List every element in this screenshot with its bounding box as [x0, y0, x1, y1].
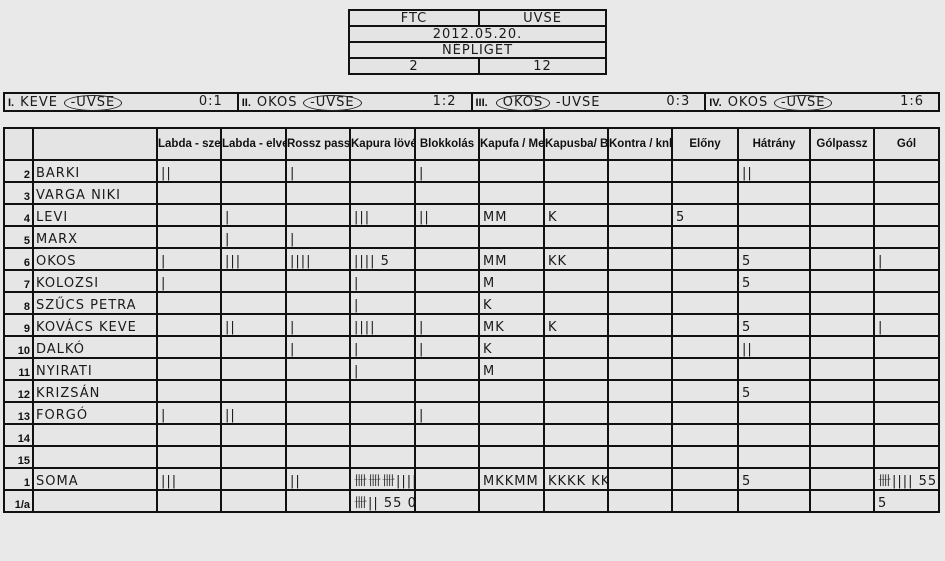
stat-cell-golpassz — [810, 490, 874, 512]
column-header-eloeny: Előny — [672, 128, 738, 160]
stat-cell-eloeny — [672, 314, 738, 336]
stat-cell-kapura-loves: | — [350, 270, 415, 292]
stat-cell-kontra-knkh — [608, 314, 672, 336]
stat-cell-rossz-passz — [286, 446, 350, 468]
stat-cell-eloeny — [672, 336, 738, 358]
stat-cell-kontra-knkh — [608, 402, 672, 424]
row-number: 4 — [4, 204, 33, 226]
stat-cell-labda-elvesztes — [221, 468, 286, 490]
stat-cell-eloeny — [672, 490, 738, 512]
stat-cell-kontra-knkh — [608, 204, 672, 226]
period-number: III. — [476, 97, 488, 109]
stat-cell-kapura-loves: 卌|| 55 05 5 — [350, 490, 415, 512]
stat-cell-blokkolas — [415, 424, 479, 446]
stat-cell-labda-elvesztes — [221, 490, 286, 512]
stat-cell-kontra-knkh — [608, 226, 672, 248]
period-opponent: -UVSE — [774, 95, 833, 111]
stat-cell-hatrany — [738, 226, 810, 248]
period-number: II. — [242, 97, 251, 109]
stat-cell-hatrany — [738, 402, 810, 424]
stat-cell-blokkolas — [415, 380, 479, 402]
stat-cell-kontra-knkh — [608, 490, 672, 512]
period-score: 0:1 — [199, 94, 223, 110]
stat-cell-kapufa-melle: K — [479, 292, 544, 314]
stat-cell-golpassz — [810, 270, 874, 292]
row-number: 1 — [4, 468, 33, 490]
stat-cell-golpassz — [810, 292, 874, 314]
period-goalkeeper: OKOS — [257, 95, 298, 110]
stat-cell-kapufa-melle — [479, 424, 544, 446]
stat-cell-kapura-loves: | — [350, 292, 415, 314]
period-goalkeeper: OKOS — [728, 95, 769, 110]
column-header-kontra-knkh: Kontra / knkh — [608, 128, 672, 160]
home-team: FTC — [350, 11, 480, 25]
stat-cell-labda-szerzes — [157, 226, 221, 248]
table-row: 12KRIZSÁN5 — [4, 380, 939, 402]
column-header-blokkolas: Blokkolás — [415, 128, 479, 160]
stat-cell-golpassz — [810, 160, 874, 182]
stat-cell-labda-szerzes — [157, 292, 221, 314]
player-name — [33, 490, 157, 512]
stat-cell-labda-elvesztes — [221, 182, 286, 204]
stat-cell-kapufa-melle: M — [479, 270, 544, 292]
stat-cell-gol — [874, 204, 939, 226]
period-opponent: -UVSE — [556, 95, 601, 110]
stat-cell-kapusba-blokkba — [544, 402, 608, 424]
stat-cell-kapufa-melle: MK — [479, 314, 544, 336]
stat-cell-blokkolas — [415, 446, 479, 468]
stat-cell-blokkolas — [415, 358, 479, 380]
column-header-hatrany: Hátrány — [738, 128, 810, 160]
stat-cell-labda-elvesztes — [221, 380, 286, 402]
stat-cell-kontra-knkh — [608, 270, 672, 292]
stat-cell-rossz-passz: | — [286, 336, 350, 358]
row-number: 15 — [4, 446, 33, 468]
stat-cell-rossz-passz — [286, 490, 350, 512]
stat-cell-blokkolas: || — [415, 204, 479, 226]
stat-cell-kontra-knkh — [608, 380, 672, 402]
column-header-kapufa-melle: Kapufa / Mellé — [479, 128, 544, 160]
stat-cell-golpassz — [810, 336, 874, 358]
stat-cell-kapufa-melle — [479, 446, 544, 468]
row-number: 8 — [4, 292, 33, 314]
column-header-golpassz: Gólpassz — [810, 128, 874, 160]
stat-cell-gol — [874, 336, 939, 358]
player-name: DALKÓ — [33, 336, 157, 358]
stat-cell-labda-elvesztes — [221, 292, 286, 314]
stat-cell-rossz-passz: | — [286, 160, 350, 182]
stat-cell-eloeny — [672, 182, 738, 204]
stat-cell-hatrany: || — [738, 160, 810, 182]
stat-cell-labda-elvesztes: ||| — [221, 248, 286, 270]
stat-cell-gol: 5 — [874, 490, 939, 512]
row-number: 2 — [4, 160, 33, 182]
stat-cell-gol — [874, 270, 939, 292]
stat-cell-labda-szerzes — [157, 314, 221, 336]
column-header-name — [33, 128, 157, 160]
table-row: 15 — [4, 446, 939, 468]
table-row: 13FORGÓ|||| — [4, 402, 939, 424]
stat-cell-blokkolas — [415, 270, 479, 292]
table-row: 5MARX|| — [4, 226, 939, 248]
table-row: 3VARGA NIKI — [4, 182, 939, 204]
stat-cell-kapusba-blokkba — [544, 380, 608, 402]
stat-cell-rossz-passz — [286, 380, 350, 402]
stat-cell-labda-szerzes — [157, 182, 221, 204]
table-row: 9KOVÁCS KEVE||||||||MKK5| — [4, 314, 939, 336]
stat-cell-labda-szerzes — [157, 358, 221, 380]
stat-cell-gol — [874, 358, 939, 380]
period-2: II.OKOS -UVSE1:2 — [239, 94, 473, 110]
stat-cell-kapusba-blokkba: KKKK KKKKKKK — [544, 468, 608, 490]
teams-row: FTC UVSE — [350, 11, 605, 27]
player-name: KOVÁCS KEVE — [33, 314, 157, 336]
stat-cell-hatrany — [738, 446, 810, 468]
stat-cell-kapusba-blokkba — [544, 358, 608, 380]
stat-cell-rossz-passz — [286, 358, 350, 380]
stat-cell-kapusba-blokkba: K — [544, 314, 608, 336]
stat-cell-gol: | — [874, 314, 939, 336]
stat-cell-gol — [874, 182, 939, 204]
stat-cell-gol — [874, 380, 939, 402]
stat-cell-kapusba-blokkba — [544, 182, 608, 204]
stat-cell-labda-szerzes — [157, 380, 221, 402]
stat-cell-golpassz — [810, 424, 874, 446]
stat-cell-kapura-loves: |||| — [350, 314, 415, 336]
stat-cell-kontra-knkh — [608, 336, 672, 358]
table-row: 4LEVI||||||MMK5 — [4, 204, 939, 226]
stat-cell-rossz-passz: |||| — [286, 248, 350, 270]
player-name: FORGÓ — [33, 402, 157, 424]
stat-cell-kontra-knkh — [608, 358, 672, 380]
period-opponent: -UVSE — [303, 95, 362, 111]
stat-cell-eloeny: 5 — [672, 204, 738, 226]
stat-cell-blokkolas — [415, 490, 479, 512]
period-score: 0:3 — [666, 94, 690, 110]
period-score: 1:2 — [433, 94, 457, 110]
stat-cell-labda-szerzes — [157, 490, 221, 512]
stat-cell-kapufa-melle — [479, 226, 544, 248]
stat-cell-kapusba-blokkba — [544, 270, 608, 292]
stat-cell-labda-szerzes: || — [157, 160, 221, 182]
stat-cell-kontra-knkh — [608, 182, 672, 204]
stat-cell-kapusba-blokkba — [544, 446, 608, 468]
stat-cell-blokkolas: | — [415, 402, 479, 424]
row-number: 11 — [4, 358, 33, 380]
stat-cell-rossz-passz — [286, 292, 350, 314]
stat-cell-kapusba-blokkba — [544, 336, 608, 358]
stat-cell-labda-szerzes — [157, 336, 221, 358]
stat-cell-kapura-loves: ||| — [350, 204, 415, 226]
stat-cell-labda-elvesztes: || — [221, 314, 286, 336]
player-name: BARKI — [33, 160, 157, 182]
player-name — [33, 446, 157, 468]
stat-cell-eloeny — [672, 248, 738, 270]
row-number: 12 — [4, 380, 33, 402]
stat-cell-hatrany: 5 — [738, 468, 810, 490]
stat-cell-labda-elvesztes: || — [221, 402, 286, 424]
player-name: LEVI — [33, 204, 157, 226]
stat-cell-blokkolas: | — [415, 160, 479, 182]
stat-cell-kapura-loves: | — [350, 358, 415, 380]
header-row: Labda - szerzésLabda - elvesztésRossz pa… — [4, 128, 939, 160]
periods-bar: I.KEVE -UVSE0:1II.OKOS -UVSE1:2III.OKOS … — [3, 92, 940, 112]
table-row: 6OKOS|||||||||||| 5MMKK5| — [4, 248, 939, 270]
stat-cell-golpassz — [810, 468, 874, 490]
match-info-box: FTC UVSE 2012.05.20. NÉPLIGET 2 12 — [348, 9, 607, 75]
stat-cell-hatrany: 5 — [738, 314, 810, 336]
stat-cell-kapusba-blokkba — [544, 424, 608, 446]
stat-cell-gol — [874, 226, 939, 248]
stat-cell-kapufa-melle — [479, 182, 544, 204]
stat-cell-golpassz — [810, 402, 874, 424]
period-number: IV. — [709, 97, 721, 109]
period-goalkeeper: OKOS — [496, 95, 551, 111]
stat-cell-golpassz — [810, 358, 874, 380]
stat-cell-eloeny — [672, 424, 738, 446]
away-team: UVSE — [480, 11, 605, 25]
stat-cell-kontra-knkh — [608, 292, 672, 314]
home-score: 2 — [350, 59, 480, 73]
stat-cell-kapusba-blokkba — [544, 160, 608, 182]
table-row: 14 — [4, 424, 939, 446]
stat-cell-labda-szerzes — [157, 446, 221, 468]
stat-cell-blokkolas — [415, 468, 479, 490]
table-row: 11NYIRATI|M — [4, 358, 939, 380]
period-goalkeeper: KEVE — [20, 95, 58, 110]
stat-cell-kapura-loves: 卌卌卌|||| — [350, 468, 415, 490]
column-header-kapusba-blokkba: Kapusba/ Blokkba — [544, 128, 608, 160]
table-row: 10DALKÓ|||K|| — [4, 336, 939, 358]
column-header-rossz-passz: Rossz passz — [286, 128, 350, 160]
stat-cell-labda-elvesztes — [221, 336, 286, 358]
stat-cell-golpassz — [810, 226, 874, 248]
stat-cell-kontra-knkh — [608, 468, 672, 490]
stat-cell-eloeny — [672, 160, 738, 182]
stat-cell-rossz-passz — [286, 402, 350, 424]
column-header-labda-elvesztes: Labda - elvesztés — [221, 128, 286, 160]
column-header-kapura-loves: Kapura lövés — [350, 128, 415, 160]
stat-cell-kontra-knkh — [608, 160, 672, 182]
score-row: 2 12 — [350, 59, 605, 73]
row-number: 14 — [4, 424, 33, 446]
column-header-number — [4, 128, 33, 160]
stat-cell-hatrany — [738, 292, 810, 314]
player-name: NYIRATI — [33, 358, 157, 380]
stat-cell-eloeny — [672, 292, 738, 314]
stat-cell-kapura-loves — [350, 182, 415, 204]
stat-cell-blokkolas — [415, 292, 479, 314]
stat-cell-golpassz — [810, 248, 874, 270]
stat-cell-kapufa-melle — [479, 490, 544, 512]
stat-cell-rossz-passz: | — [286, 314, 350, 336]
stat-cell-labda-szerzes — [157, 424, 221, 446]
row-number: 3 — [4, 182, 33, 204]
stat-cell-kapusba-blokkba — [544, 226, 608, 248]
stat-cell-gol: | — [874, 248, 939, 270]
stat-cell-hatrany: || — [738, 336, 810, 358]
period-1: I.KEVE -UVSE0:1 — [5, 94, 239, 110]
stat-cell-rossz-passz — [286, 182, 350, 204]
row-number: 6 — [4, 248, 33, 270]
row-number: 10 — [4, 336, 33, 358]
stat-cell-kapusba-blokkba — [544, 292, 608, 314]
stat-cell-labda-elvesztes — [221, 424, 286, 446]
stat-cell-labda-elvesztes — [221, 270, 286, 292]
table-row: 8SZŰCS PETRA|K — [4, 292, 939, 314]
stat-cell-hatrany — [738, 490, 810, 512]
match-date: 2012.05.20. — [350, 27, 605, 43]
stat-cell-gol — [874, 292, 939, 314]
stat-cell-labda-szerzes: | — [157, 248, 221, 270]
stat-cell-hatrany: 5 — [738, 270, 810, 292]
away-score: 12 — [480, 59, 605, 73]
column-header-gol: Gól — [874, 128, 939, 160]
row-number: 9 — [4, 314, 33, 336]
stat-cell-rossz-passz — [286, 204, 350, 226]
stat-cell-blokkolas — [415, 182, 479, 204]
player-name: KRIZSÁN — [33, 380, 157, 402]
stat-cell-hatrany: 5 — [738, 380, 810, 402]
stat-cell-kapufa-melle: K — [479, 336, 544, 358]
stat-cell-golpassz — [810, 446, 874, 468]
stat-cell-labda-elvesztes: | — [221, 226, 286, 248]
stat-cell-kapura-loves — [350, 380, 415, 402]
column-header-labda-szerzes: Labda - szerzés — [157, 128, 221, 160]
stat-cell-golpassz — [810, 380, 874, 402]
stat-cell-eloeny — [672, 402, 738, 424]
stat-cell-hatrany — [738, 204, 810, 226]
stat-cell-gol — [874, 424, 939, 446]
stat-cell-eloeny — [672, 270, 738, 292]
stat-cell-golpassz — [810, 182, 874, 204]
stat-cell-rossz-passz: || — [286, 468, 350, 490]
row-number: 1/a — [4, 490, 33, 512]
stat-cell-golpassz — [810, 314, 874, 336]
stat-cell-hatrany — [738, 182, 810, 204]
stat-cell-kapufa-melle: MM — [479, 204, 544, 226]
stat-cell-kontra-knkh — [608, 248, 672, 270]
stat-cell-kapura-loves — [350, 226, 415, 248]
player-name: OKOS — [33, 248, 157, 270]
table-row: 7KOLOZSI||M5 — [4, 270, 939, 292]
period-score: 1:6 — [900, 94, 924, 110]
row-number: 7 — [4, 270, 33, 292]
table-row: 1/a卌|| 55 05 55 — [4, 490, 939, 512]
stat-cell-kapura-loves — [350, 446, 415, 468]
stat-cell-eloeny — [672, 468, 738, 490]
stat-cell-eloeny — [672, 380, 738, 402]
stat-cell-kapufa-melle: M — [479, 358, 544, 380]
row-number: 5 — [4, 226, 33, 248]
stat-cell-hatrany — [738, 424, 810, 446]
stat-cell-gol: 卌|||| 55 — [874, 468, 939, 490]
stat-cell-eloeny — [672, 358, 738, 380]
period-opponent: -UVSE — [64, 95, 123, 111]
period-3: III.OKOS -UVSE0:3 — [473, 94, 707, 110]
stat-cell-kapura-loves: | — [350, 336, 415, 358]
stat-cell-eloeny — [672, 446, 738, 468]
match-venue: NÉPLIGET — [350, 43, 605, 59]
row-number: 13 — [4, 402, 33, 424]
stat-cell-kapufa-melle — [479, 160, 544, 182]
stat-cell-kontra-knkh — [608, 446, 672, 468]
stat-cell-eloeny — [672, 226, 738, 248]
stat-cell-kapufa-melle: MKKMM — [479, 468, 544, 490]
table-row: 2BARKI|||||| — [4, 160, 939, 182]
stat-cell-kapufa-melle: MM — [479, 248, 544, 270]
stat-cell-hatrany — [738, 358, 810, 380]
stat-cell-blokkolas — [415, 248, 479, 270]
stat-cell-kapura-loves — [350, 160, 415, 182]
stat-cell-kapura-loves: |||| 5 — [350, 248, 415, 270]
stat-cell-kapusba-blokkba: KK — [544, 248, 608, 270]
stat-cell-kapura-loves — [350, 424, 415, 446]
player-name: SZŰCS PETRA — [33, 292, 157, 314]
stat-cell-golpassz — [810, 204, 874, 226]
player-name — [33, 424, 157, 446]
stat-cell-labda-szerzes: ||| — [157, 468, 221, 490]
stat-cell-hatrany: 5 — [738, 248, 810, 270]
player-stats-table: Labda - szerzésLabda - elvesztésRossz pa… — [3, 127, 940, 513]
player-name: SOMA — [33, 468, 157, 490]
stat-cell-labda-elvesztes: | — [221, 204, 286, 226]
period-4: IV.OKOS -UVSE1:6 — [706, 94, 938, 110]
stat-cell-labda-szerzes — [157, 204, 221, 226]
stat-cell-labda-szerzes: | — [157, 402, 221, 424]
player-name: KOLOZSI — [33, 270, 157, 292]
stat-cell-kontra-knkh — [608, 424, 672, 446]
stat-cell-blokkolas: | — [415, 314, 479, 336]
table-row: 1SOMA|||||卌卌卌||||MKKMMKKKK KKKKKKK5卌||||… — [4, 468, 939, 490]
stat-cell-rossz-passz — [286, 424, 350, 446]
stat-cell-labda-elvesztes — [221, 446, 286, 468]
stat-cell-kapusba-blokkba: K — [544, 204, 608, 226]
stat-cell-rossz-passz: | — [286, 226, 350, 248]
stat-cell-labda-szerzes: | — [157, 270, 221, 292]
stat-cell-gol — [874, 160, 939, 182]
stat-cell-kapufa-melle — [479, 380, 544, 402]
stat-cell-kapusba-blokkba — [544, 490, 608, 512]
stat-cell-kapufa-melle — [479, 402, 544, 424]
stat-cell-gol — [874, 446, 939, 468]
stat-cell-rossz-passz — [286, 270, 350, 292]
stat-cell-labda-elvesztes — [221, 160, 286, 182]
stat-cell-labda-elvesztes — [221, 358, 286, 380]
player-name: MARX — [33, 226, 157, 248]
stat-cell-kapura-loves — [350, 402, 415, 424]
player-name: VARGA NIKI — [33, 182, 157, 204]
stat-cell-blokkolas — [415, 226, 479, 248]
period-number: I. — [8, 97, 14, 109]
stat-cell-gol — [874, 402, 939, 424]
stat-cell-blokkolas: | — [415, 336, 479, 358]
